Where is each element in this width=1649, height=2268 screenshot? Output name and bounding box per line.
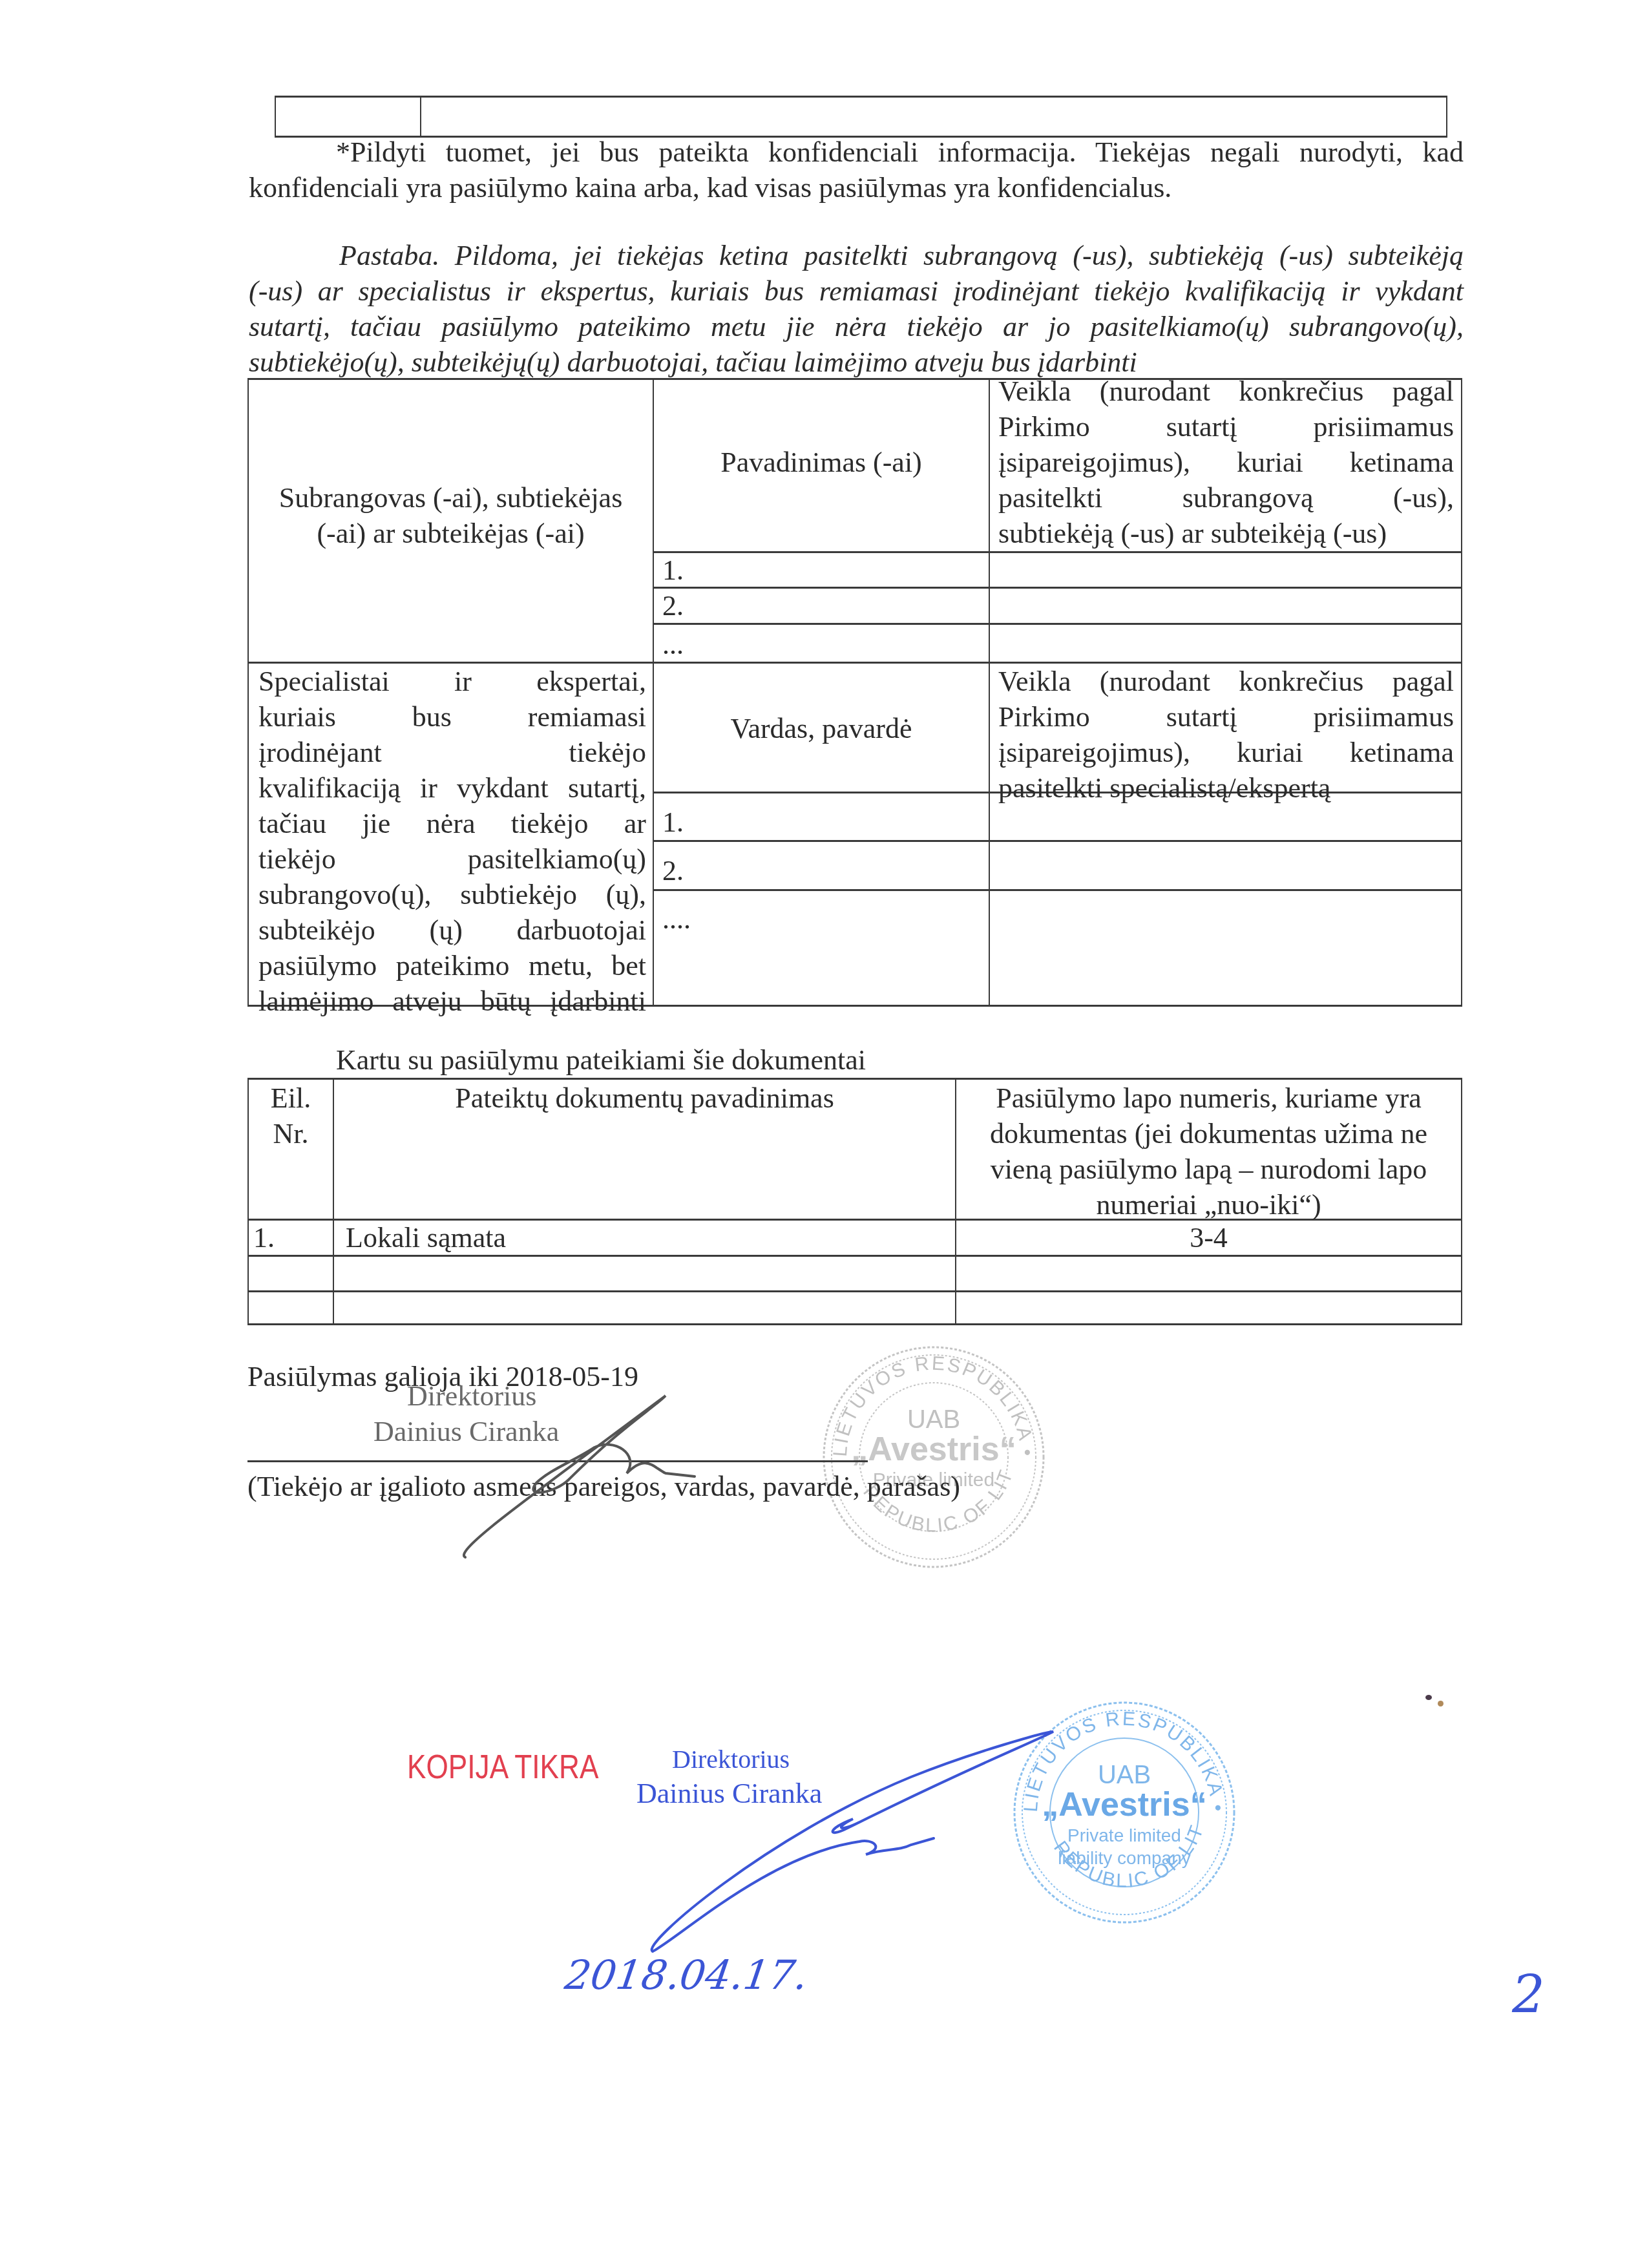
page-number: 2	[1512, 1964, 1545, 2024]
documents-caption: Kartu su pasiūlymu pateikiami šie dokume…	[336, 1042, 866, 1078]
header-line: subtiekėją (-us) ar subteikėją (-us)	[998, 516, 1454, 551]
header-line: Pasiūlymo lapo numeris, kuriame yra	[956, 1080, 1461, 1116]
table-divider	[989, 378, 990, 1007]
header-line: pasitelkti specialistą/ekspertą	[998, 770, 1454, 806]
row-pages: 3-4	[956, 1220, 1461, 1255]
header-line: Eil.	[249, 1080, 333, 1116]
table-row-num: 1.	[662, 804, 684, 840]
top-box-border-right	[1446, 96, 1447, 138]
header-line: vieną pasiūlymo lapą – nurodomi lapo	[956, 1151, 1461, 1187]
table-border	[1461, 1078, 1462, 1325]
handwritten-date: 2018.04.17.	[562, 1951, 811, 1999]
signature-blue-icon	[640, 1719, 1157, 1964]
table-divider	[653, 889, 1462, 891]
section1-activity-header: Veikla (nurodant konkrečius pagal Pirkim…	[998, 373, 1454, 551]
table-row-num: 1.	[662, 552, 684, 588]
label-line: subrangovo(ų), subtiekėjo (ų),	[258, 877, 646, 912]
label-line: kuriais bus remiamasi	[258, 699, 646, 735]
section1-name-header: Pavadinimas (-ai)	[654, 445, 989, 480]
col-header-pages: Pasiūlymo lapo numeris, kuriame yra doku…	[956, 1080, 1461, 1223]
col-header-name: Pateiktų dokumentų pavadinimas	[334, 1080, 955, 1116]
note-line: Pastaba. Pildoma, jei tiekėjas ketina pa…	[339, 238, 1464, 273]
copy-mark: KOPIJA TIKRA	[407, 1748, 598, 1787]
header-line: pasitelkti subrangovą (-us),	[998, 480, 1454, 516]
table-border	[247, 1323, 1462, 1325]
header-line: Pirkimo sutartį prisiimamus	[998, 409, 1454, 445]
label-line: Subrangovas (-ai), subtiekėjas	[249, 480, 653, 516]
top-box-divider	[420, 96, 421, 138]
table-border	[1461, 378, 1462, 1007]
note-line: (-us) ar specialistus ir ekspertus, kuri…	[249, 273, 1464, 309]
top-box-border-top	[275, 96, 1447, 98]
company-stamp-gray: LIETUVOS RESPUBLIKA • PANEVĖŽYS REPUBLIC…	[814, 1338, 1053, 1577]
header-line: įsipareigojimus), kuriai ketinama	[998, 735, 1454, 770]
label-line: Specialistai ir ekspertai,	[258, 664, 646, 699]
table-divider	[653, 551, 1462, 553]
table-divider	[653, 587, 1462, 589]
header-line: Veikla (nurodant konkrečius pagal	[998, 664, 1454, 699]
section1-row-label: Subrangovas (-ai), subtiekėjas (-ai) ar …	[249, 480, 653, 551]
label-line: laimėjimo atveju būtų įdarbinti	[258, 983, 646, 1019]
row-no: 1.	[253, 1220, 275, 1255]
table-row-num: ...	[662, 627, 684, 662]
svg-text:UAB: UAB	[907, 1405, 960, 1434]
table-divider	[653, 840, 1462, 842]
header-line: Veikla (nurodant konkrečius pagal	[998, 373, 1454, 409]
header-line: dokumentas (jei dokumentas užima ne	[956, 1116, 1461, 1151]
table-row-num: 2.	[662, 588, 684, 624]
col-header-no: Eil. Nr.	[249, 1080, 333, 1151]
speck-mark	[1425, 1695, 1432, 1700]
table-border	[247, 1078, 1462, 1080]
label-line: subteikėjo (ų) darbuotojai	[258, 912, 646, 948]
header-line: Pirkimo sutartį prisiimamus	[998, 699, 1454, 735]
footnote-line-2: konfidenciali yra pasiūlymo kaina arba, …	[249, 170, 1171, 205]
label-line: tačiau jie nėra tiekėjo ar	[258, 806, 646, 841]
label-line: pasiūlymo pateikimo metu, bet	[258, 948, 646, 983]
table-row-num: ....	[662, 901, 691, 937]
table-border	[247, 378, 249, 1007]
header-line: numeriai „nuo-iki“)	[956, 1187, 1461, 1223]
label-line: tiekėjo pasitelkiamo(ų)	[258, 841, 646, 877]
top-box-border-left	[275, 96, 276, 138]
header-line: įsipareigojimus), kuriai ketinama	[998, 445, 1454, 480]
table-divider	[247, 1290, 1462, 1292]
footnote-line-1: *Pildyti tuomet, jei bus pateikta konfid…	[336, 134, 1464, 170]
svg-text:„Avestris“: „Avestris“	[851, 1431, 1016, 1468]
table-divider	[653, 623, 1462, 625]
section2-name-header: Vardas, pavardė	[654, 711, 989, 746]
speck-mark	[1438, 1701, 1444, 1706]
label-line: (-ai) ar subteikėjas (-ai)	[249, 516, 653, 551]
header-line: Nr.	[249, 1116, 333, 1151]
signature-gray-icon	[439, 1376, 801, 1570]
table-row-num: 2.	[662, 853, 684, 888]
label-line: įrodinėjant tiekėjo	[258, 735, 646, 770]
note-line: sutartį, tačiau pasiūlymo pateikimo metu…	[249, 309, 1464, 344]
label-line: kvalifikaciją ir vykdant sutartį,	[258, 770, 646, 806]
section2-activity-header: Veikla (nurodant konkrečius pagal Pirkim…	[998, 664, 1454, 806]
row-name: Lokali sąmata	[346, 1220, 506, 1255]
section2-row-label: Specialistai ir ekspertai, kuriais bus r…	[258, 664, 646, 1019]
